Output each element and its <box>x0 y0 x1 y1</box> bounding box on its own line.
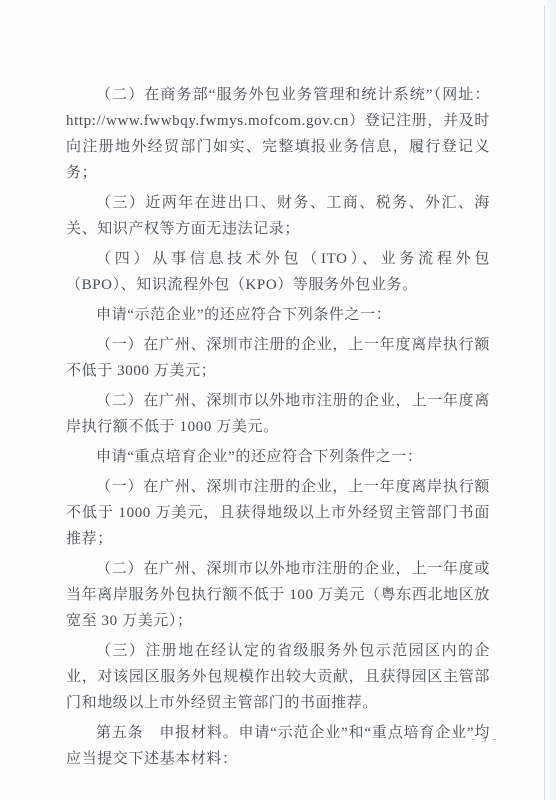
paragraph-item-2: （二）在商务部“服务外包业务管理和统计系统”（网址：http://www.fww… <box>66 82 490 186</box>
paragraph-item-3: （三）近两年在进出口、财务、工商、税务、外汇、海关、知识产权等方面无违法记录； <box>66 190 490 242</box>
paragraph-key-condition-2: （二）在广州、深圳市以外地市注册的企业，上一年度或当年离岸服务外包执行额不低于 … <box>66 556 490 634</box>
scan-edge-line <box>544 6 545 800</box>
paragraph-demo-enterprise-intro: 申请“示范企业”的还应符合下列条件之一： <box>66 302 490 328</box>
page-number: - 3 - <box>471 734 498 745</box>
paragraph-demo-condition-1: （一）在广州、深圳市注册的企业，上一年度离岸执行额不低于 3000 万美元； <box>66 332 490 384</box>
paragraph-key-cultivation-intro: 申请“重点培育企业”的还应符合下列条件之一： <box>66 444 490 470</box>
scanned-document-page: （二）在商务部“服务外包业务管理和统计系统”（网址：http://www.fww… <box>0 0 556 800</box>
paragraph-article-5: 第五条 申报材料。申请“示范企业”和“重点培育企业”均应当提交下述基本材料： <box>66 720 490 772</box>
paragraph-key-condition-3: （三）注册地在经认定的省级服务外包示范园区内的企业，对该园区服务外包规模作出较大… <box>66 638 490 716</box>
paragraph-item-4: （四）从事信息技术外包（ITO）、业务流程外包（BPO）、知识流程外包（KPO）… <box>66 246 490 298</box>
scan-edge-shade <box>545 0 556 800</box>
paragraph-key-condition-1: （一）在广州、深圳市注册的企业，上一年度离岸执行额不低于 1000 万美元，且获… <box>66 474 490 552</box>
paragraph-demo-condition-2: （二）在广州、深圳市以外地市注册的企业，上一年度离岸执行额不低于 1000 万美… <box>66 388 490 440</box>
document-body: （二）在商务部“服务外包业务管理和统计系统”（网址：http://www.fww… <box>66 82 490 776</box>
